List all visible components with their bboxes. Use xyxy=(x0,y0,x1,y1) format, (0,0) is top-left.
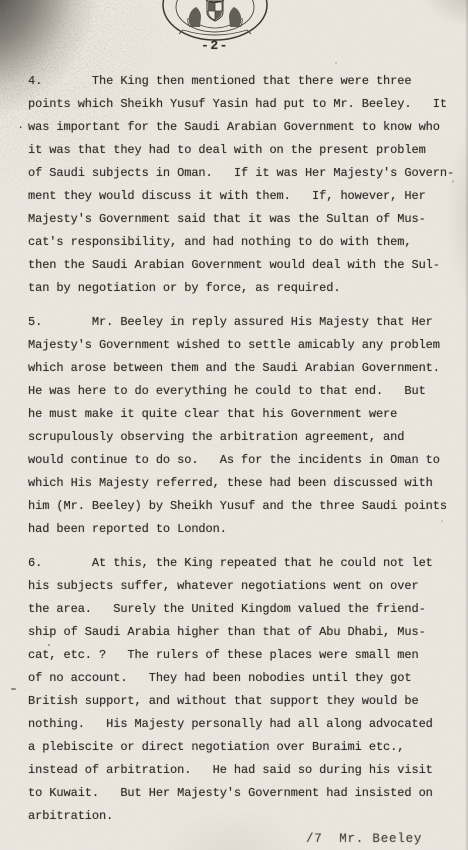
stray-typed-dot: . xyxy=(17,114,24,137)
royal-crest-icon xyxy=(160,0,270,42)
scan-speck xyxy=(48,644,50,646)
paragraph-4: 4. The King then mentioned that there we… xyxy=(28,70,453,300)
scan-speck xyxy=(11,688,16,690)
paragraph-6: 6. At this, the King repeated that he co… xyxy=(28,552,453,828)
document-body: 4. The King then mentioned that there we… xyxy=(28,70,453,828)
scan-speck xyxy=(335,62,337,64)
document-page: -2- 4. The King then mentioned that ther… xyxy=(0,0,468,850)
page-number: -2- xyxy=(160,38,270,53)
scan-speck xyxy=(452,180,454,183)
scan-speck xyxy=(441,520,443,522)
paragraph-5: 5. Mr. Beeley in reply assured His Majes… xyxy=(28,311,453,541)
catchword-next-page: /7 Mr. Beeley xyxy=(306,828,422,850)
